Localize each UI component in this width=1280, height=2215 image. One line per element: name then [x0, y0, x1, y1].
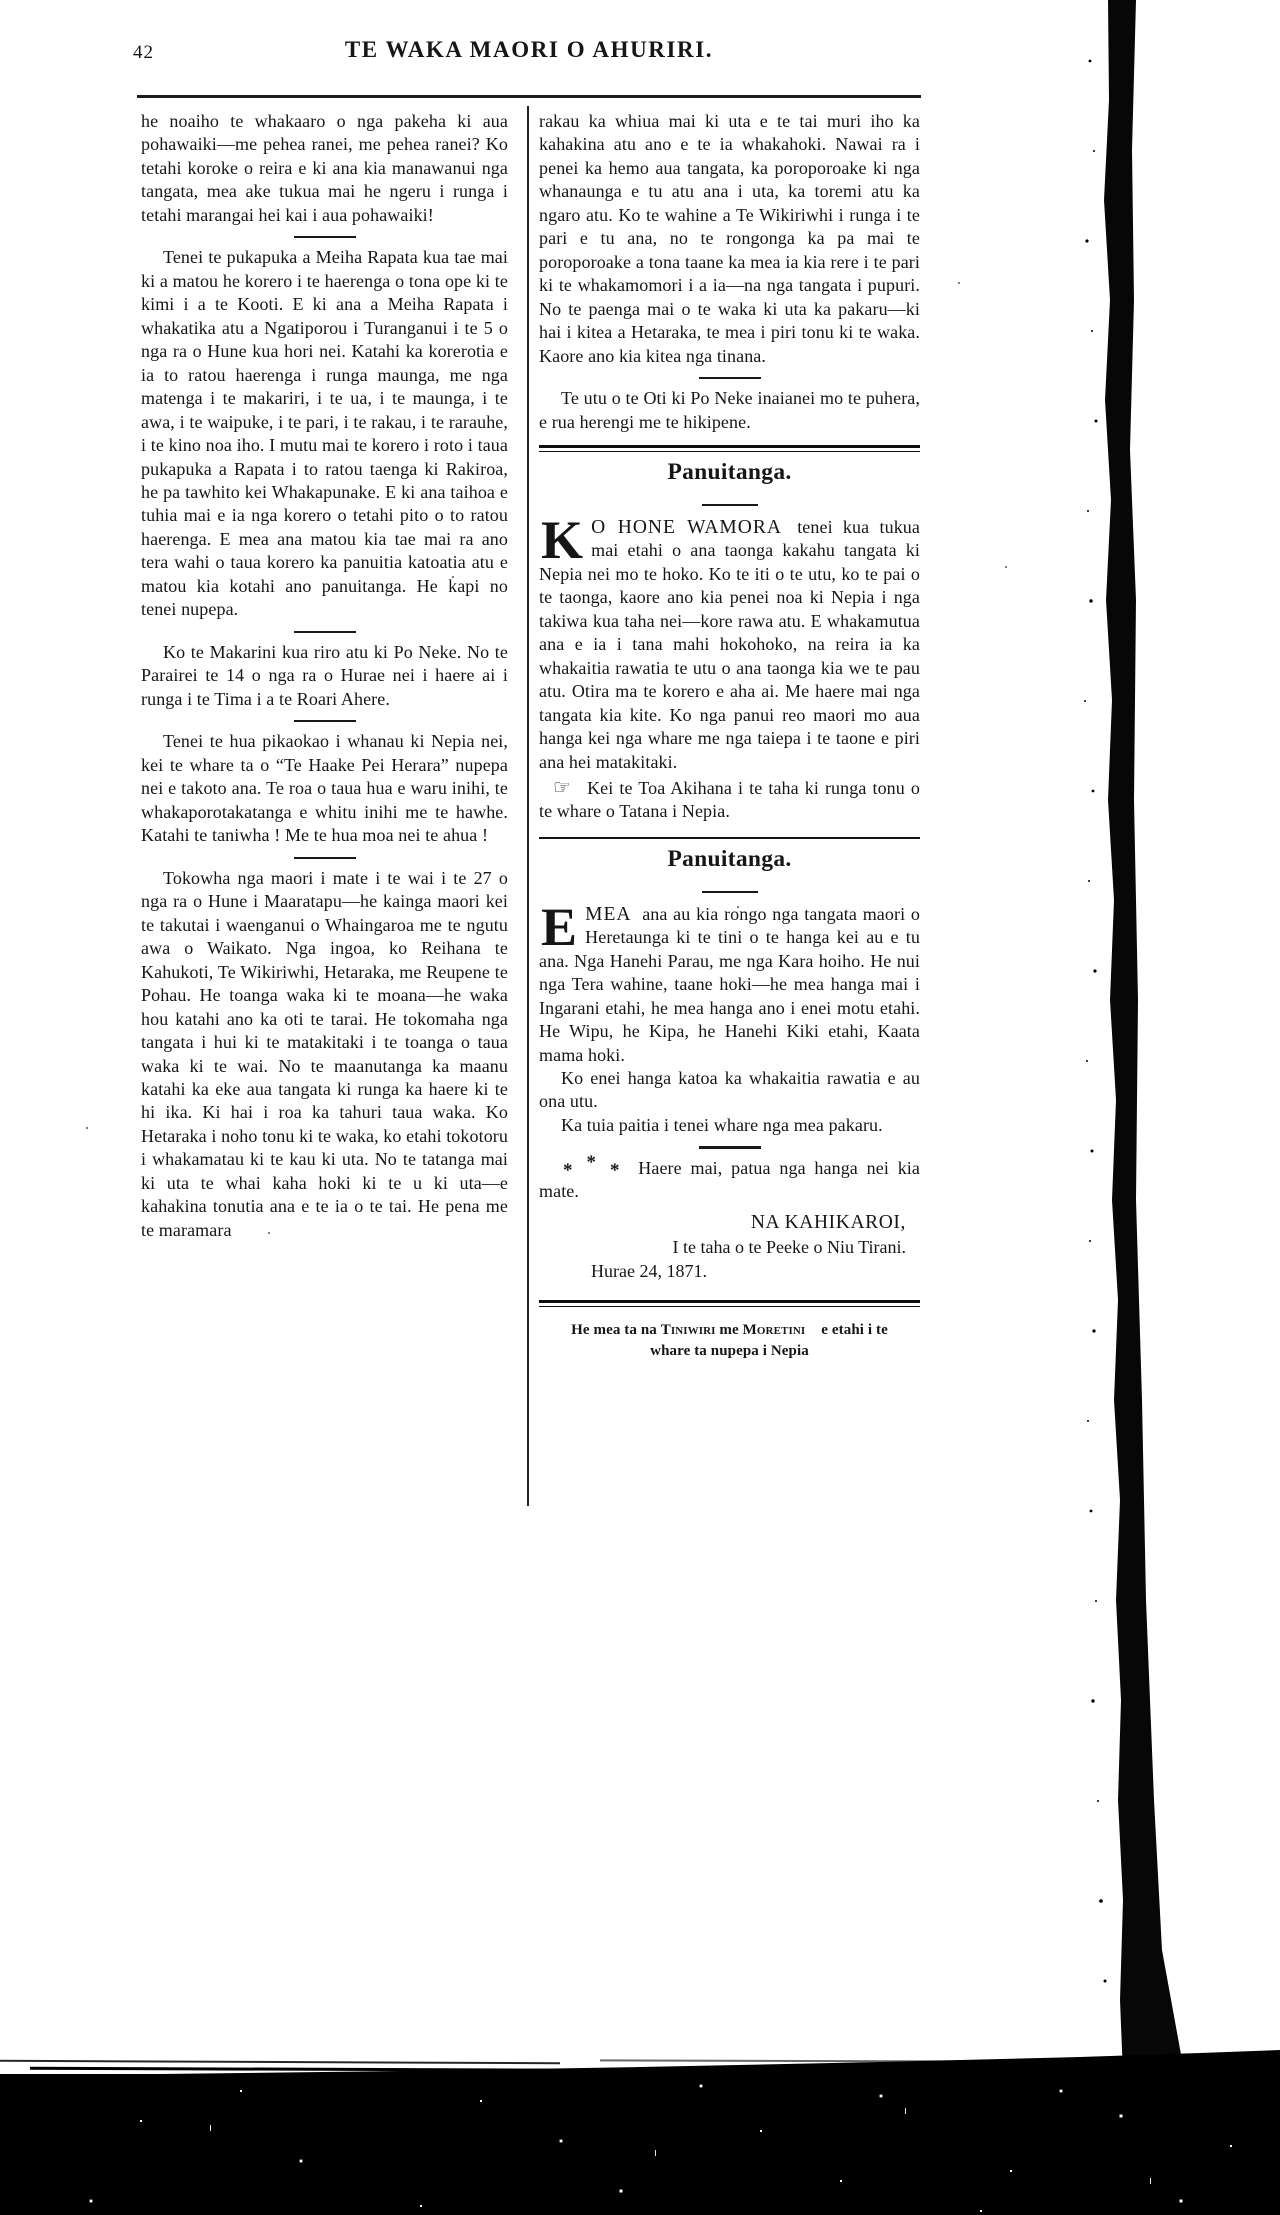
news-paragraph: Tenei te pukapuka a Meiha Rapata kua tae…: [141, 246, 508, 621]
news-paragraph: Tenei te hua pikaokao i whanau ki Nepia …: [141, 730, 508, 847]
colophon-line2: whare ta nupepa i Nepia: [539, 1341, 920, 1362]
continued-paragraph: he noaiho te whakaaro o nga pakeha ki au…: [141, 110, 508, 227]
drop-cap: E: [539, 903, 585, 948]
heading-rule: [702, 504, 758, 506]
double-rule: [539, 1300, 920, 1307]
news-paragraph: Te utu o te Oti ki Po Neke inaianei mo t…: [539, 387, 920, 434]
section-rule: [294, 631, 356, 633]
right-column: rakau ka whiua mai ki uta e te tai muri …: [539, 110, 920, 1362]
scan-streak: [0, 2060, 560, 2064]
pointing-hand-icon: ☞: [553, 775, 571, 799]
masthead-rule: [137, 95, 921, 98]
advert-body-text: tenei kua tukua mai etahi o ana taonga k…: [539, 517, 920, 772]
advert-lead-caps: O HONE WAMORA: [591, 517, 782, 538]
scan-bottom-black-area: [0, 2050, 1280, 2215]
scan-white-dash: [1150, 2178, 1151, 2184]
section-rule: [294, 857, 356, 859]
section-rule: [699, 377, 761, 379]
newspaper-page: 42 TE WAKA MAORI O AHURIRI. he noaiho te…: [0, 0, 1280, 2215]
column-divider-rule: [527, 106, 529, 1506]
news-paragraph: Ko te Makarini kua riro atu ki Po Neke. …: [141, 641, 508, 711]
section-rule: [294, 236, 356, 238]
advert-paragraph: E MEA ana au kia rongo nga tangata maori…: [539, 903, 920, 1067]
left-column: he noaiho te whakaaro o nga pakeha ki au…: [141, 110, 508, 1242]
advert-paragraph: K O HONE WAMORA tenei kua tukua mai etah…: [539, 516, 920, 774]
masthead-title: TE WAKA MAORI O AHURIRI.: [138, 37, 920, 63]
signature-date: Hurae 24, 1871.: [539, 1260, 920, 1283]
full-rule: [539, 837, 920, 839]
advert-body-text: ana au kia rongo nga tangata maori o Her…: [539, 904, 920, 1065]
section-rule: [294, 720, 356, 722]
advert-lead-caps: MEA: [585, 904, 631, 925]
advert-heading: Panuitanga.: [539, 848, 920, 871]
section-rule: [699, 1146, 761, 1148]
printer-name: Tiniwiri: [661, 1322, 716, 1338]
notice-paragraph: ☞ Kei te Toa Akihana i te taha ki runga …: [539, 776, 920, 824]
asterism-icon: ***: [551, 1158, 622, 1179]
signature-address: I te taha o te Peeke o Niu Tirani.: [539, 1236, 920, 1259]
scan-white-dash: [905, 2108, 906, 2114]
notice-text: Kei te Toa Akihana i te taha ki runga to…: [539, 778, 920, 821]
scan-gutter-band: [1096, 0, 1182, 2215]
scan-bottom-speckles: [0, 0, 2, 2]
double-rule: [539, 445, 920, 452]
scan-white-dash: [655, 2150, 656, 2156]
news-paragraph: Tokowha nga maori i mate i te wai i te 2…: [141, 867, 508, 1242]
heading-rule: [702, 891, 758, 893]
drop-cap: K: [539, 516, 591, 561]
signature-name: NA KAHIKAROI,: [539, 1211, 920, 1234]
advert-paragraph: Ka tuia paitia i tenei whare nga mea pak…: [539, 1114, 920, 1137]
scan-white-dash: [210, 2125, 211, 2131]
printer-name: Moretini: [743, 1322, 806, 1338]
advert-paragraph: Ko enei hanga katoa ka whakaitia rawatia…: [539, 1067, 920, 1114]
continued-paragraph: rakau ka whiua mai ki uta e te tai muri …: [539, 110, 920, 368]
note-paragraph: *** Haere mai, patua nga hanga nei kia m…: [539, 1157, 920, 1204]
advert-heading: Panuitanga.: [539, 461, 920, 484]
colophon: He mea ta na Tiniwiri me Moretinie etahi…: [539, 1320, 920, 1362]
